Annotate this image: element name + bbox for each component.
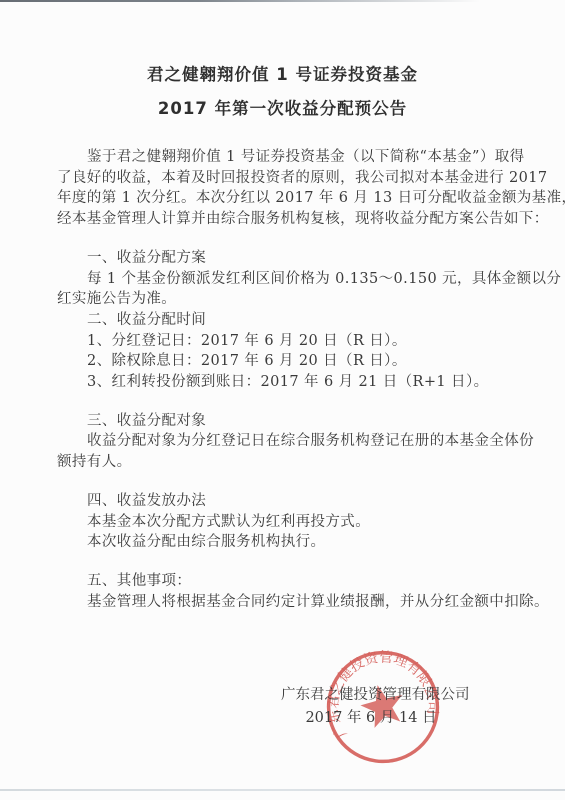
body-line: 基金管理人将根据基金合同约定计算业绩报酬，并从分红金额中扣除。 xyxy=(57,592,527,613)
document-page: 君之健翱翔价值 1 号证券投资基金 2017 年第一次收益分配预公告 鉴于君之健… xyxy=(0,0,565,800)
body-line: 2、除权除息日：2017 年 6 月 20 日（R 日）。 xyxy=(57,351,527,372)
body-line: 本基金本次分配方式默认为红利再投方式。 xyxy=(57,512,527,533)
body-line: 1、分红登记日：2017 年 6 月 20 日（R 日）。 xyxy=(57,331,527,352)
body-line: 3、红利转投份额到账日：2017 年 6 月 21 日（R+1 日）。 xyxy=(57,372,527,393)
document-body: 鉴于君之健翱翔价值 1 号证券投资基金（以下简称“本基金”）取得 了良好的收益，… xyxy=(57,147,527,612)
signature-block: 广东君之健投资管理有限公司 2017 年 6 月 14 日 xyxy=(281,684,461,730)
body-line: 额持有人。 xyxy=(57,452,527,473)
scan-artifact-bottom xyxy=(0,789,565,791)
body-line: 一、收益分配方案 xyxy=(57,248,527,269)
body-line: 了良好的收益，本着及时回报投资者的原则，我公司拟对本基金进行 2017 xyxy=(57,168,527,189)
body-line: 五、其他事项： xyxy=(57,571,527,592)
title-line-2: 2017 年第一次收益分配预公告 xyxy=(0,92,565,126)
signature-company: 广东君之健投资管理有限公司 xyxy=(281,684,461,707)
signature-date: 2017 年 6 月 14 日 xyxy=(281,707,461,730)
scan-artifact-top xyxy=(0,0,565,2)
title-line-1: 君之健翱翔价值 1 号证券投资基金 xyxy=(0,58,565,92)
body-line: 四、收益发放办法 xyxy=(57,491,527,512)
body-line: 红实施公告为准。 xyxy=(57,289,527,310)
body-line: 年度的第 1 次分红。本次分红以 2017 年 6 月 13 日可分配收益金额为… xyxy=(57,188,527,209)
body-line: 鉴于君之健翱翔价值 1 号证券投资基金（以下简称“本基金”）取得 xyxy=(57,147,527,168)
body-line: 收益分配对象为分红登记日在综合服务机构登记在册的本基金全体份 xyxy=(57,431,527,452)
document-title: 君之健翱翔价值 1 号证券投资基金 2017 年第一次收益分配预公告 xyxy=(0,58,565,126)
body-line: 经本基金管理人计算并由综合服务机构复核，现将收益分配方案公告如下： xyxy=(57,209,527,230)
body-line: 本次收益分配由综合服务机构执行。 xyxy=(57,532,527,553)
body-line: 每 1 个基金份额派发红利区间价格为 0.135～0.150 元，具体金额以分 xyxy=(57,269,527,290)
body-line: 二、收益分配时间 xyxy=(57,310,527,331)
body-line: 三、收益分配对象 xyxy=(57,411,527,432)
